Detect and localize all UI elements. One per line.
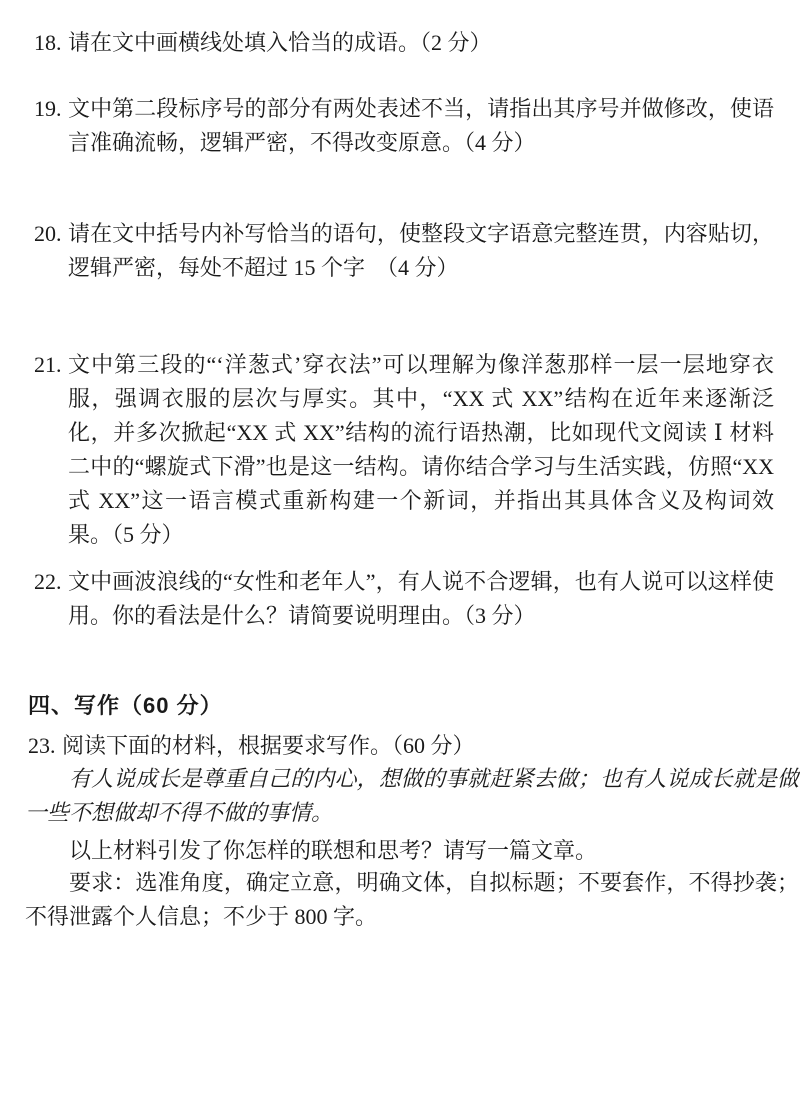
essay-material-paragraph-1: 有人说成长是尊重自己的内心，想做的事就赶紧去做；也有人说成长就是做一些不想做却不… (25, 762, 800, 830)
question-21-text: 文中第三段的“‘洋葱式’穿衣法”可以理解为像洋葱那样一层一层地穿衣服，强调衣服的… (68, 352, 774, 547)
question-22-number: 22. (34, 565, 62, 599)
question-19-text: 文中第二段标序号的部分有两处表述不当，请指出其序号并做修改，使语言准确流畅，逻辑… (68, 96, 774, 155)
question-20: 20. 请在文中括号内补写恰当的语句，使整段文字语意完整连贯，内容贴切，逻辑严密… (0, 217, 800, 285)
question-19-number: 19. (34, 92, 62, 126)
essay-requirements: 要求：选准角度，确定立意，明确文体，自拟标题；不要套作，不得抄袭；不得泄露个人信… (25, 866, 800, 934)
question-23: 23. 阅读下面的材料，根据要求写作。（60 分） (0, 729, 800, 763)
question-20-number: 20. (34, 217, 62, 251)
question-22-text: 文中画波浪线的“女性和老年人”，有人说不合逻辑，也有人说可以这样使用。你的看法是… (68, 569, 774, 628)
question-23-text: 阅读下面的材料，根据要求写作。（60 分） (62, 733, 475, 758)
essay-material-paragraph-2: 以上材料引发了你怎样的联想和思考？请写一篇文章。 (25, 834, 800, 868)
question-21-number: 21. (34, 348, 62, 382)
question-18-number: 18. (34, 26, 62, 60)
question-22: 22. 文中画波浪线的“女性和老年人”，有人说不合逻辑，也有人说可以这样使用。你… (0, 565, 800, 633)
question-18: 18. 请在文中画横线处填入恰当的成语。（2 分） (0, 26, 800, 60)
question-21: 21. 文中第三段的“‘洋葱式’穿衣法”可以理解为像洋葱那样一层一层地穿衣服，强… (0, 348, 800, 552)
question-18-text: 请在文中画横线处填入恰当的成语。（2 分） (68, 30, 492, 55)
exam-paper-page: 18. 请在文中画横线处填入恰当的成语。（2 分） 19. 文中第二段标序号的部… (0, 0, 800, 1107)
question-20-text: 请在文中括号内补写恰当的语句，使整段文字语意完整连贯，内容贴切，逻辑严密，每处不… (68, 221, 774, 280)
writing-section-heading: 四、写作（60 分） (28, 689, 223, 723)
question-23-number: 23. (28, 729, 56, 763)
question-19: 19. 文中第二段标序号的部分有两处表述不当，请指出其序号并做修改，使语言准确流… (0, 92, 800, 160)
